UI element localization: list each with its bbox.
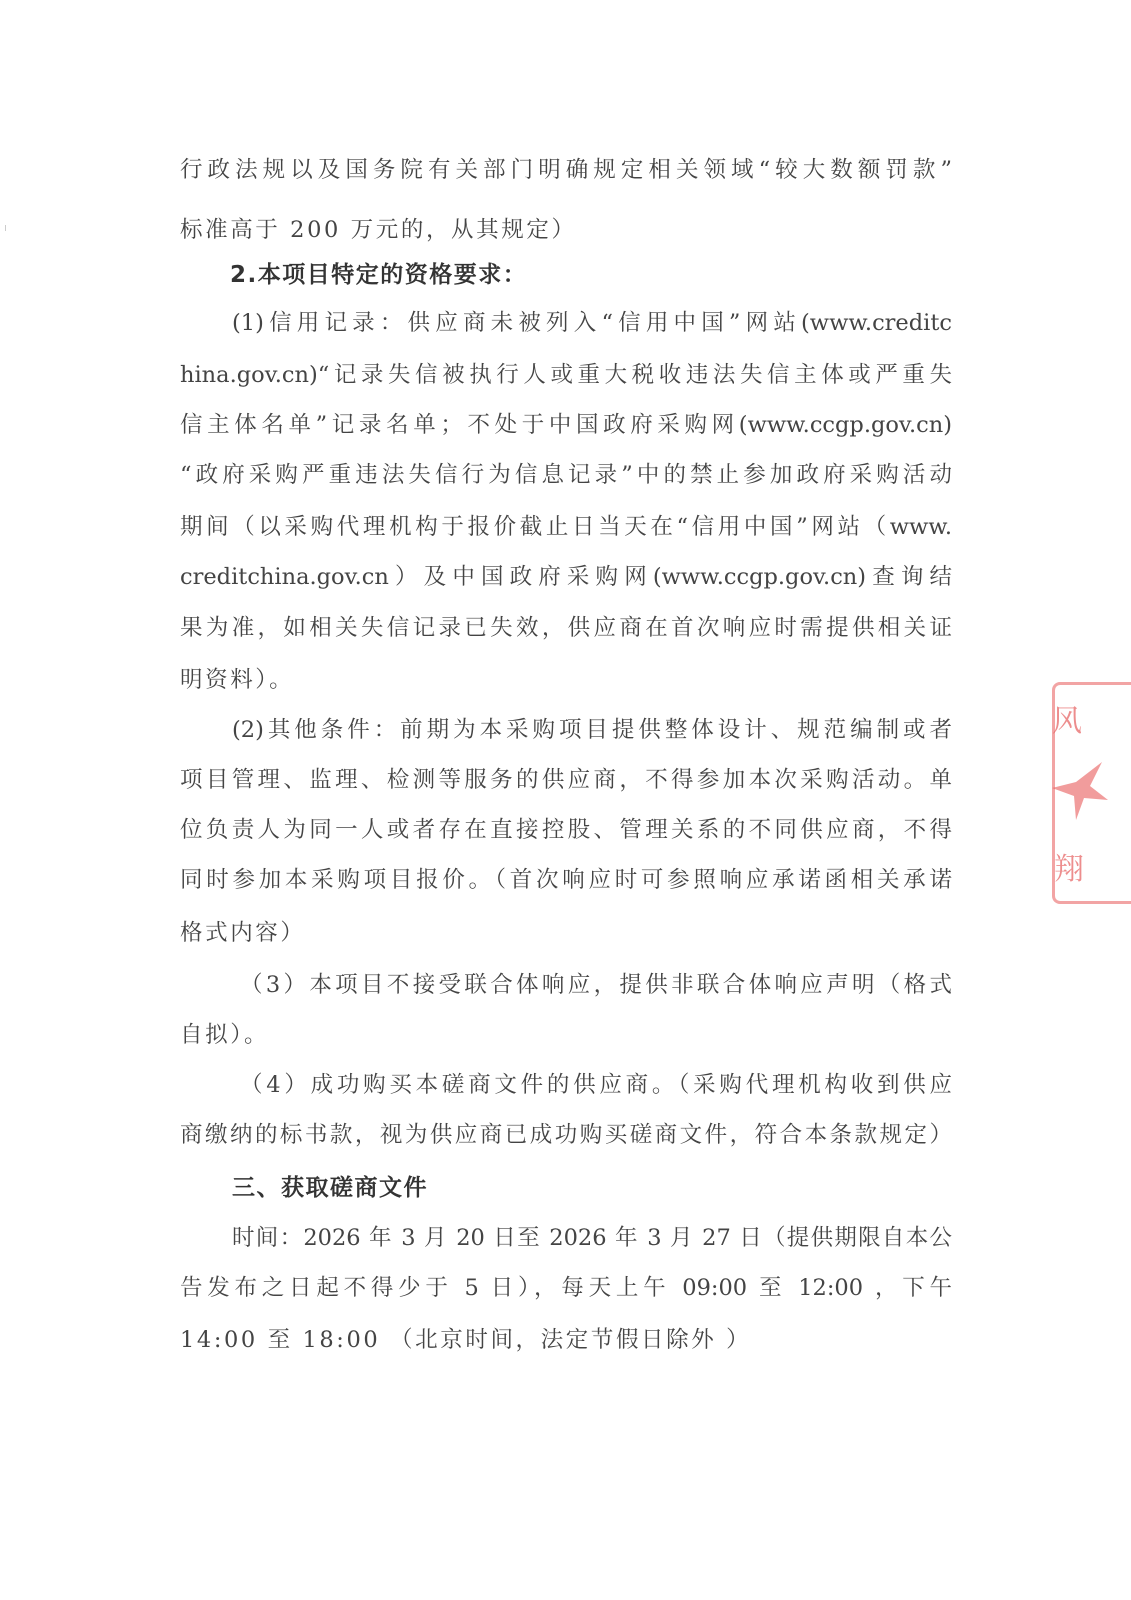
paragraph-line: 格式内容）: [180, 918, 952, 948]
official-seal-stamp: 风 翔: [1046, 682, 1131, 904]
paragraph-line: 行政法规以及国务院有关部门明确规定相关领域“较大数额罚款”: [180, 155, 952, 185]
paragraph-line: hina.gov.cn)“记录失信被执行人或重大税收违法失信主体或严重失: [180, 360, 952, 390]
paragraph-line: （4）成功购买本磋商文件的供应商。（采购代理机构收到供应: [240, 1070, 952, 1100]
paragraph-line: (1)信用记录：供应商未被列入“信用中国”网站(www.creditc: [232, 308, 952, 338]
paragraph-line: creditchina.gov.cn）及中国政府采购网(www.ccgp.gov…: [180, 562, 952, 592]
paragraph-line: 明资料）。: [180, 665, 952, 695]
paragraph-line: 项目管理、监理、检测等服务的供应商，不得参加本次采购活动。单: [180, 765, 952, 795]
section-heading-qualifications: 2.本项目特定的资格要求：: [230, 260, 527, 290]
document-page: 行政法规以及国务院有关部门明确规定相关领域“较大数额罚款” 标准高于 200 万…: [0, 0, 1131, 1600]
paragraph-line: 同时参加本采购项目报价。（首次响应时可参照响应承诺函相关承诺: [180, 865, 952, 895]
paragraph-line: 14:00 至 18:00 （北京时间，法定节假日除外 ）: [180, 1325, 952, 1355]
paragraph-line: 果为准，如相关失信记录已失效，供应商在首次响应时需提供相关证: [180, 613, 952, 643]
paragraph-line: “政府采购严重违法失信行为信息记录”中的禁止参加政府采购活动: [180, 460, 952, 490]
seal-char: 风: [1052, 696, 1082, 740]
paragraph-line: 自拟）。: [180, 1020, 952, 1050]
section-heading-obtain-documents: 三、获取磋商文件: [232, 1173, 428, 1203]
paragraph-line: (2)其他条件：前期为本采购项目提供整体设计、规范编制或者: [232, 715, 952, 745]
paragraph-line: 期间（以采购代理机构于报价截止日当天在“信用中国”网站（www.: [180, 512, 952, 542]
scan-margin-mark: [5, 225, 6, 231]
paragraph-line: 标准高于 200 万元的，从其规定）: [180, 215, 952, 245]
paragraph-line: 信主体名单”记录名单；不处于中国政府采购网(www.ccgp.gov.cn): [180, 410, 952, 440]
seal-star-icon: [1050, 760, 1110, 820]
paragraph-line: （3）本项目不接受联合体响应，提供非联合体响应声明（格式: [240, 970, 952, 1000]
paragraph-line: 位负责人为同一人或者存在直接控股、管理关系的不同供应商，不得: [180, 815, 952, 845]
paragraph-line: 商缴纳的标书款，视为供应商已成功购买磋商文件，符合本条款规定）: [180, 1120, 952, 1150]
paragraph-line: 告发布之日起不得少于 5 日），每天上午 09:00 至 12:00 ，下午: [180, 1273, 952, 1303]
paragraph-line: 时间：2026 年 3 月 20 日至 2026 年 3 月 27 日（提供期限…: [232, 1223, 952, 1253]
seal-char: 翔: [1054, 844, 1084, 888]
